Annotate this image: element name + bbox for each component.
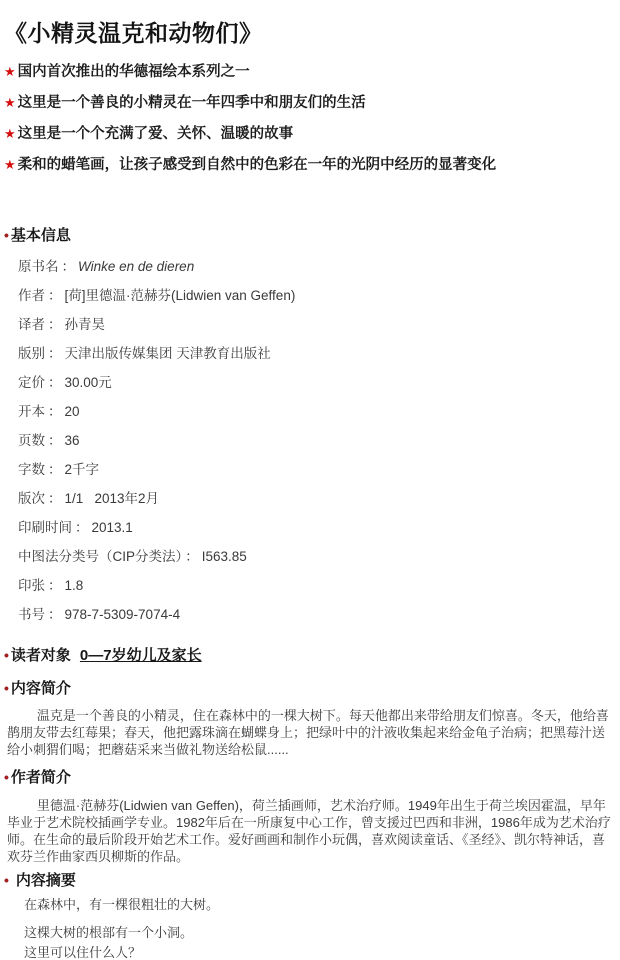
field-label: 开本 (18, 404, 45, 419)
bullet-icon: • (4, 226, 9, 244)
audience-value: 0—7岁幼儿及家长 (80, 647, 202, 665)
field-label: 原书名 (18, 259, 59, 274)
field-value: 1.8 (65, 578, 84, 593)
highlight-item: ★ 国内首次推出的华德福绘本系列之一 (4, 63, 614, 81)
field-label: 版别 (18, 346, 45, 361)
section-heading-text: 基本信息 (11, 227, 71, 245)
field-value: 36 (65, 433, 80, 448)
basic-info-heading: • 基本信息 (4, 226, 614, 245)
highlight-text: 这里是一个个充满了爱、关怀、温暖的故事 (18, 126, 294, 143)
field-label: 作者 (18, 288, 45, 303)
colon: ： (45, 346, 65, 361)
highlight-list: ★ 国内首次推出的华德福绘本系列之一 ★ 这里是一个善良的小精灵在一年四季中和朋… (4, 63, 614, 174)
field-value: Winke en de dieren (78, 259, 194, 274)
highlight-text: 国内首次推出的华德福绘本系列之一 (18, 64, 250, 81)
info-field-format: 开本：20 (18, 404, 614, 419)
colon: ： (45, 462, 65, 477)
field-label: 字数 (18, 462, 45, 477)
info-field-cip-number: 中图法分类号（CIP分类法）：I563.85 (18, 549, 614, 564)
field-value: 孙青昊 (65, 317, 106, 332)
content-intro-text: 温克是一个善良的小精灵，住在森林中的一棵大树下。每天他都出来带给朋友们惊喜。冬天… (4, 707, 614, 758)
field-label: 页数 (18, 433, 45, 448)
info-field-word-count: 字数：2千字 (18, 462, 614, 477)
highlight-item: ★ 这里是一个个充满了爱、关怀、温暖的故事 (4, 125, 614, 143)
info-field-edition: 版次：1/1 2013年2月 (18, 491, 614, 506)
field-value: 978-7-5309-7074-4 (65, 607, 181, 622)
star-icon: ★ (4, 125, 16, 142)
field-label: 中图法分类号（CIP分类法） (18, 549, 182, 564)
colon: ： (45, 404, 65, 419)
section-heading-text: 读者对象 (11, 647, 71, 665)
colon: ： (45, 491, 65, 506)
field-value: I563.85 (202, 549, 247, 564)
summary-line: 在森林中，有一棵很粗壮的大树。 (24, 897, 614, 912)
star-icon: ★ (4, 63, 16, 80)
book-info-page: 《小精灵温克和动物们》 ★ 国内首次推出的华德福绘本系列之一 ★ 这里是一个善良… (0, 0, 620, 960)
colon: ： (45, 578, 65, 593)
bullet-icon: • (4, 679, 9, 697)
star-icon: ★ (4, 94, 16, 111)
info-field-print-date: 印刷时间：2013.1 (18, 520, 614, 535)
colon: ： (45, 317, 65, 332)
colon: ： (45, 288, 65, 303)
summary-line: 这里可以住什么人？ (24, 945, 614, 960)
author-intro-heading: • 作者简介 (4, 768, 614, 787)
bullet-icon: • (4, 768, 9, 786)
field-value: [荷]里德温·范赫芬(Lidwien van Geffen) (65, 288, 296, 303)
audience-heading: • 读者对象 0—7岁幼儿及家长 (4, 646, 614, 665)
info-field-price: 定价：30.00元 (18, 375, 614, 390)
field-label: 书号 (18, 607, 45, 622)
info-field-translator: 译者：孙青昊 (18, 317, 614, 332)
highlight-item: ★ 这里是一个善良的小精灵在一年四季中和朋友们的生活 (4, 94, 614, 112)
colon: ： (72, 520, 92, 535)
colon: ： (45, 607, 65, 622)
highlight-text: 柔和的蜡笔画，让孩子感受到自然中的色彩在一年的光阴中经历的显著变化 (18, 157, 497, 174)
field-label: 印张 (18, 578, 45, 593)
field-value: 20 (65, 404, 80, 419)
section-heading-text: 内容简介 (11, 680, 71, 698)
field-label: 版次 (18, 491, 45, 506)
colon: ： (45, 433, 65, 448)
colon: ： (45, 375, 65, 390)
info-field-author: 作者：[荷]里德温·范赫芬(Lidwien van Geffen) (18, 288, 614, 303)
summary-line: 这棵大树的根部有一个小洞。 (24, 925, 614, 940)
info-field-publisher: 版别：天津出版传媒集团 天津教育出版社 (18, 346, 614, 361)
section-heading-text: 作者简介 (11, 769, 71, 787)
field-value: 1/1 2013年2月 (65, 491, 160, 506)
field-value: 30.00元 (65, 375, 112, 390)
author-intro-text: 里德温·范赫芬(Lidwien van Geffen)，荷兰插画师，艺术治疗师。… (4, 797, 614, 865)
bullet-icon: • (4, 871, 9, 889)
basic-info-fields: 原书名：Winke en de dieren 作者：[荷]里德温·范赫芬(Lid… (4, 259, 614, 622)
info-field-pages: 页数：36 (18, 433, 614, 448)
page-title: 《小精灵温克和动物们》 (4, 20, 614, 47)
info-field-sheets: 印张：1.8 (18, 578, 614, 593)
content-intro-heading: • 内容简介 (4, 679, 614, 698)
summary-heading: • 内容摘要 (4, 871, 614, 890)
colon: ： (182, 549, 202, 564)
colon: ： (59, 259, 79, 274)
highlight-text: 这里是一个善良的小精灵在一年四季中和朋友们的生活 (18, 95, 366, 112)
bullet-icon: • (4, 646, 9, 664)
star-icon: ★ (4, 156, 16, 173)
field-label: 印刷时间 (18, 520, 72, 535)
highlight-item: ★ 柔和的蜡笔画，让孩子感受到自然中的色彩在一年的光阴中经历的显著变化 (4, 156, 614, 174)
section-heading-text: 内容摘要 (16, 872, 76, 890)
field-value: 2013.1 (92, 520, 133, 535)
field-value: 2千字 (65, 462, 100, 477)
info-field-isbn: 书号：978-7-5309-7074-4 (18, 607, 614, 622)
info-field-original-title: 原书名：Winke en de dieren (18, 259, 614, 274)
field-label: 定价 (18, 375, 45, 390)
field-value: 天津出版传媒集团 天津教育出版社 (65, 346, 271, 361)
field-label: 译者 (18, 317, 45, 332)
